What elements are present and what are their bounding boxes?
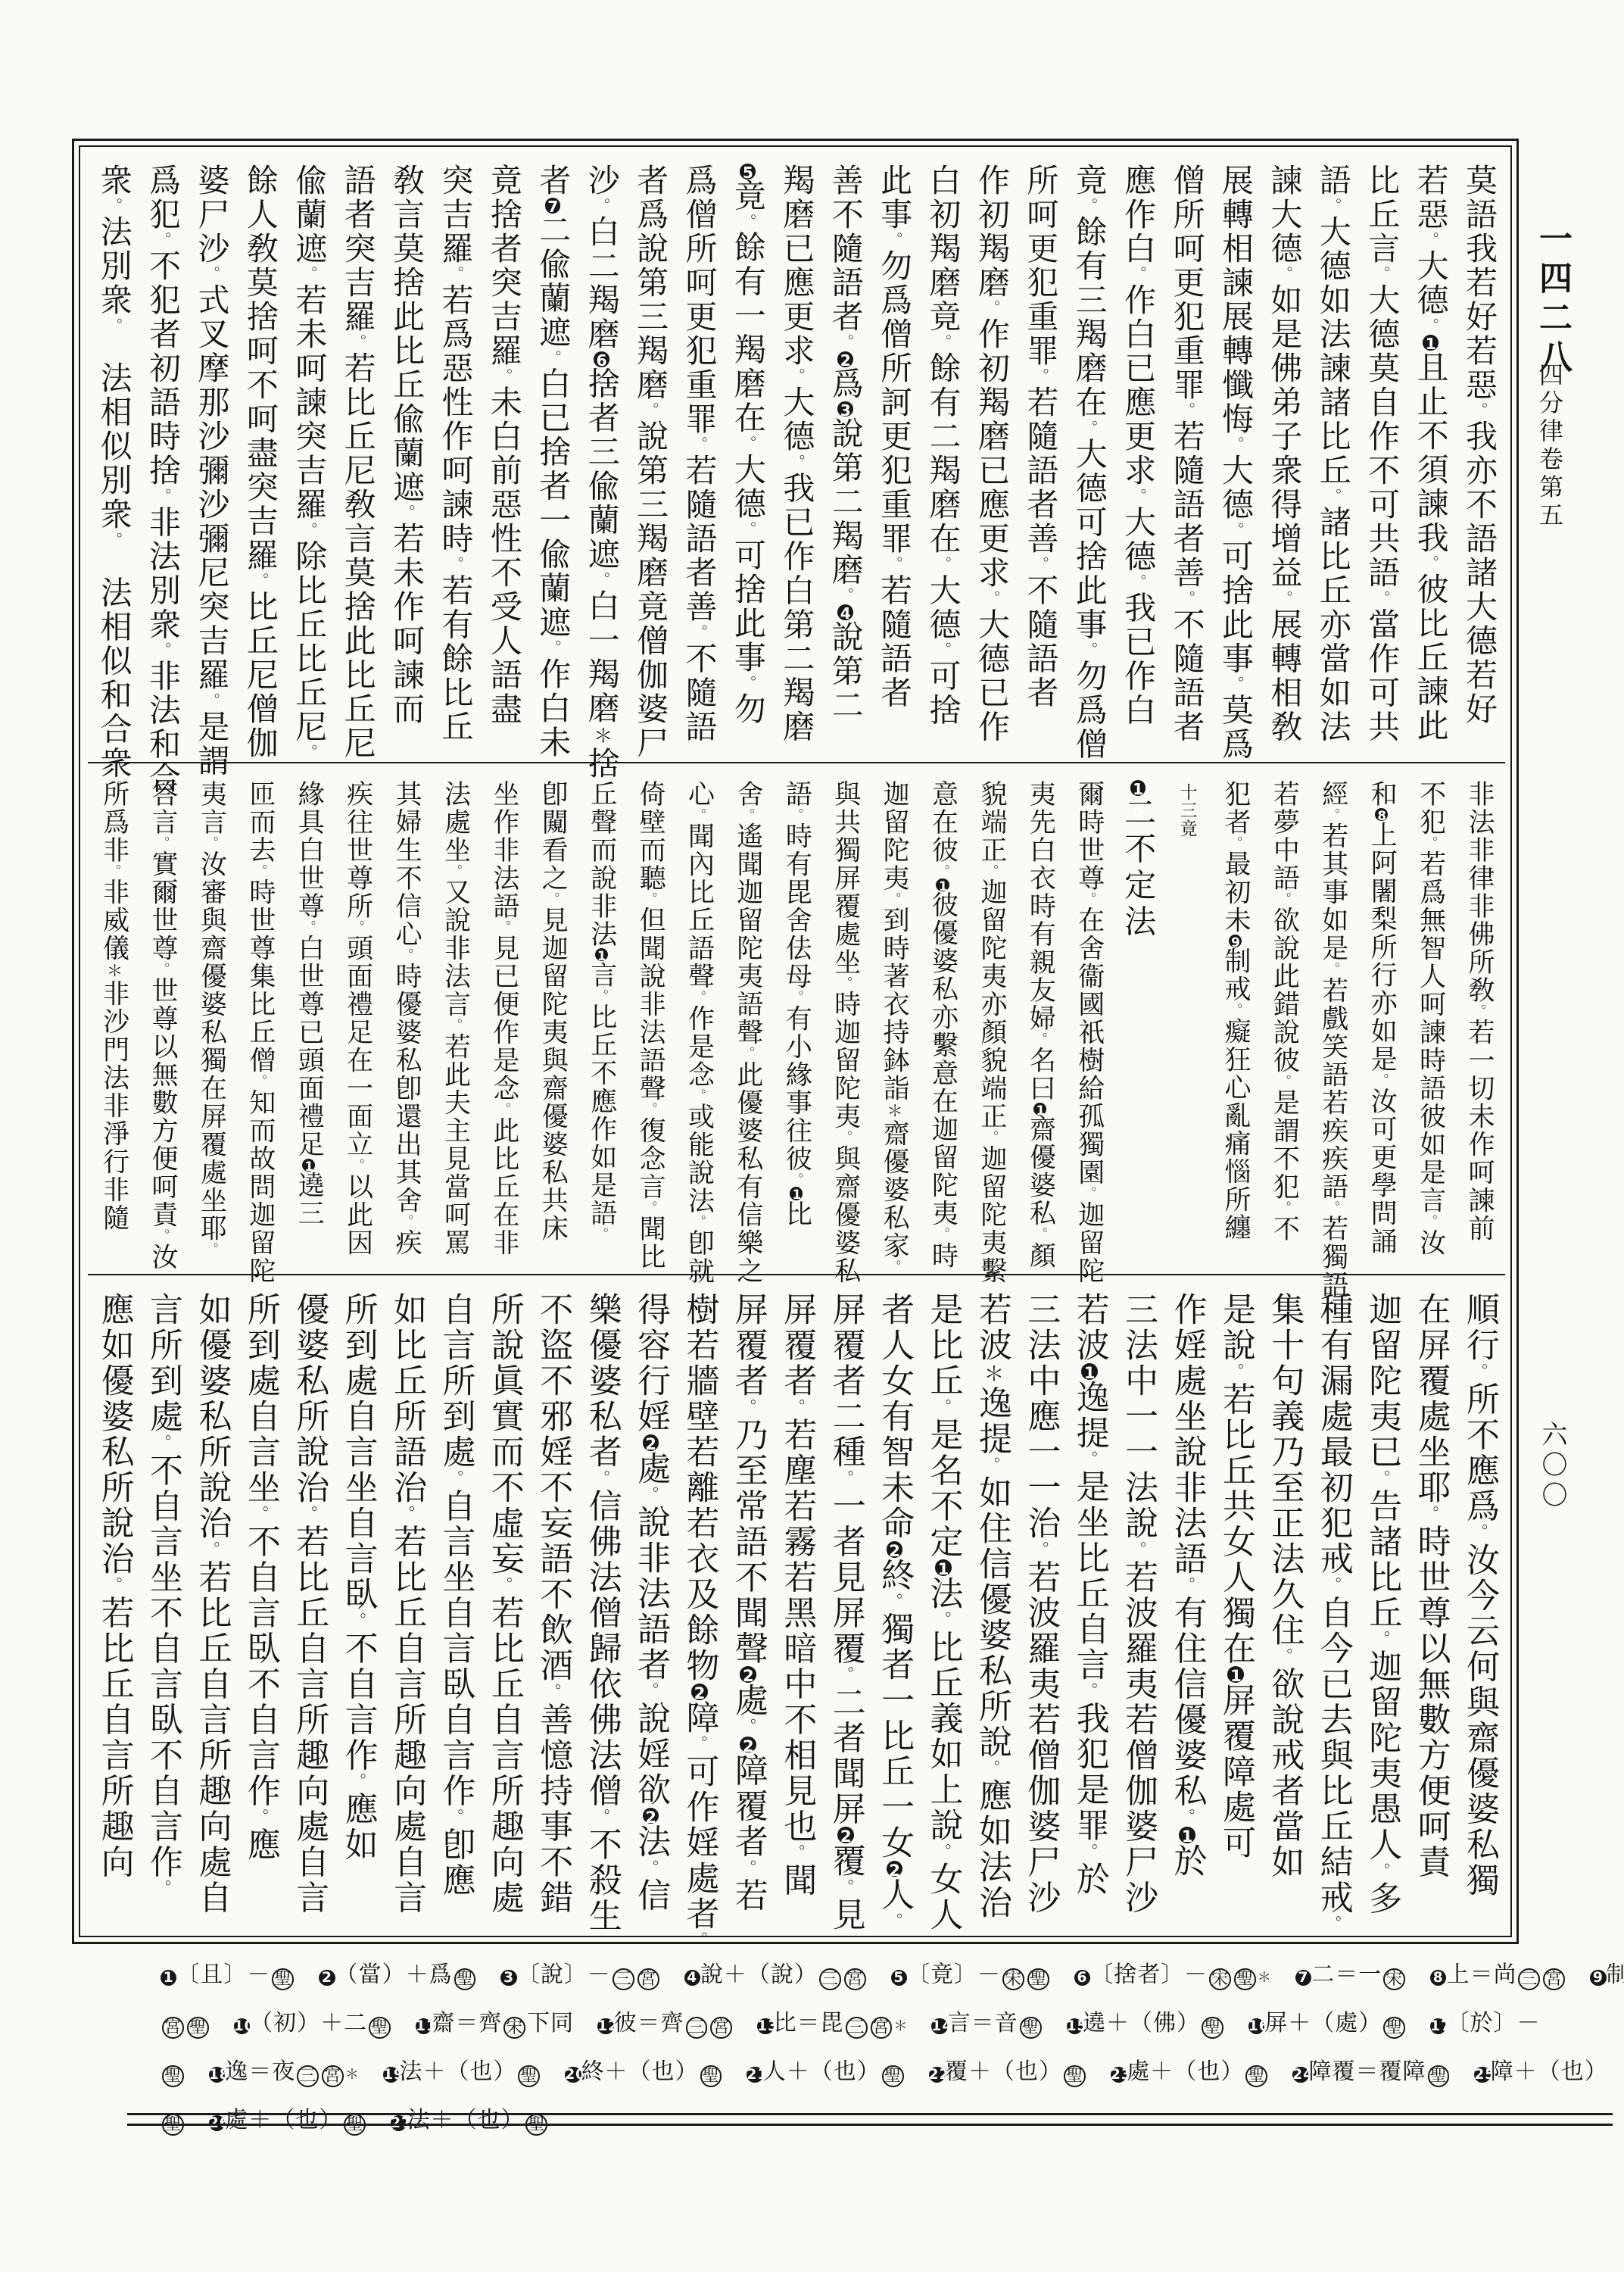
footnote-marker: 11: [416, 2018, 432, 2034]
text-frame-inner-border: 莫語我若好若惡。我亦不語諸大德若好若惡。大德。1且止不須諫我。彼比丘諫此比丘言。…: [79, 145, 1512, 1937]
text-column: 白初羯磨竟。餘有二羯磨在。大德。可捨: [918, 164, 967, 756]
footnote-marker: 5: [740, 164, 756, 179]
edition-sigil: 聖: [187, 2017, 209, 2039]
footnote-marker: 26: [643, 1434, 659, 1451]
footnote-marker: 27: [643, 1808, 659, 1824]
text-column: 沙。白二羯磨6捨者三偸蘭遮。白一羯磨＊捨: [577, 164, 625, 756]
edition-sigil: 三: [846, 2017, 868, 2039]
asterisk-marker: ＊: [345, 2067, 360, 2083]
footnote-marker: 6: [1074, 1970, 1090, 1986]
footnote-marker: 2: [319, 1970, 335, 1986]
footnote-marker: 12: [936, 879, 949, 891]
footnote-marker: 18: [1081, 1363, 1098, 1380]
text-column: 僧所呵更犯重罪。若隨語者善。不隨語者: [1162, 164, 1211, 756]
footnote-marker: 19: [935, 1559, 952, 1576]
text-column: 如比丘所語治。若比丘自言所趣向處自言: [382, 1292, 431, 1934]
asterisk-marker: ＊: [105, 963, 123, 980]
margin-text-number: 一四二八: [1528, 221, 1576, 379]
text-column: 犯者。最初未9制戒。癡狂心亂痛惱所纏: [1211, 780, 1260, 1265]
edition-sigil: 三: [613, 1968, 634, 1990]
edition-sigil: 聖: [882, 2065, 904, 2087]
text-frame-border: 莫語我若好若惡。我亦不語諸大德若好若惡。大德。1且止不須諫我。彼比丘諫此比丘言。…: [72, 139, 1519, 1944]
text-column: 順行。所不應爲。汝今云何與齋優婆私獨: [1455, 1292, 1504, 1934]
footnote-marker: 19: [383, 2067, 399, 2083]
text-column: 集十句義乃至正法久住。欲說戒者當如: [1260, 1292, 1308, 1934]
text-column: 若波＊逸提。如住信優婆私所說。應如法治: [968, 1292, 1016, 1934]
text-column: 餘人敎莫捨呵不呵盡突吉羅。比丘尼僧伽: [235, 164, 284, 756]
register-divider-rule: [88, 762, 1505, 763]
edition-sigil: 聖: [1064, 2065, 1086, 2087]
text-column: 卽闚看之。見迦留陀夷與齋優婆私共床: [528, 780, 577, 1265]
footnote-marker: 3: [837, 401, 853, 417]
asterisk-marker: ＊: [893, 2018, 908, 2034]
text-column: 羯磨已應更求。大德。我已作白第二羯磨: [772, 164, 821, 756]
text-column: 和8上阿闍梨所行亦如是。汝可更學問誦: [1357, 780, 1406, 1265]
margin-page-number: 六〇〇: [1534, 1421, 1571, 1512]
text-column: 與共獨屏覆處坐。時迦留陀夷。與齋優婆私: [821, 780, 869, 1265]
footnote-marker: 14: [931, 2018, 947, 2034]
footnote-line: 聖 26處＋（也）聖 27法＋（也）聖: [161, 2098, 1610, 2143]
footnote-marker: 4: [684, 1970, 700, 1986]
text-column: 者7二偸蘭遮。白已捨者一偸蘭遮。作白未: [528, 164, 577, 756]
text-column: 種有漏處最初犯戒。自今已去與比丘結戒。: [1308, 1292, 1357, 1934]
text-column: 諫大德。如是佛弟子衆得增益。展轉相敎: [1260, 164, 1308, 756]
edition-sigil: 聖: [1020, 2017, 1042, 2039]
edition-sigil: 三: [297, 2065, 319, 2087]
text-column: 夷言。汝審與齋優婆私獨在屏覆處坐耶。: [187, 780, 235, 1265]
text-column: 法處坐。又說非法言。若此夫主見當呵罵: [431, 780, 479, 1265]
footnote-marker: 5: [891, 1970, 907, 1986]
text-column: 其婦生不信心。時優婆私卽還出其舍。疾: [382, 780, 431, 1265]
asterisk-marker: ＊: [1258, 1970, 1272, 1986]
text-column: 心。聞內比丘語聲。作是念。或能說法。卽就: [675, 780, 723, 1265]
text-column: 屏覆者二種。一者見屏覆。二者聞屏22覆。見: [821, 1292, 869, 1934]
text-column: 在屏覆處坐耶。時世尊以無數方便呵責: [1406, 1292, 1454, 1934]
footnote-marker: 8: [1430, 1970, 1446, 1986]
text-column: 不盜不邪婬不妄語不飲酒。善憶持事不錯: [528, 1292, 577, 1934]
text-column: 迦留陀夷。到時著衣持鉢詣＊齋優婆私家。: [870, 780, 918, 1265]
text-column: 坐作非法語。見已便作是念。此比丘在非: [479, 780, 528, 1265]
text-column: 竟捨者突吉羅。未白前惡性不受人語盡: [479, 164, 528, 756]
asterisk-marker: ＊: [980, 1363, 1004, 1385]
footnote-marker: 4: [837, 604, 853, 620]
register-top: 莫語我若好若惡。我亦不語諸大德若好若惡。大德。1且止不須諫我。彼比丘諫此比丘言。…: [89, 164, 1504, 756]
footnote-marker: 12: [597, 2018, 613, 2034]
text-column: 語。大德如法諫諸比丘。諸比丘亦當如法: [1308, 164, 1357, 756]
text-column: 屏覆者。乃至常語不聞聲23處。24障覆者。若: [724, 1292, 772, 1934]
text-column: 倚壁而聽。但聞說非法語聲。復念言。聞比: [626, 780, 675, 1265]
text-column: 爾時世尊。在舍衞國祇樹給孤獨園。迦留陀: [1064, 780, 1113, 1265]
edition-sigil: 宋: [1383, 1968, 1405, 1990]
text-column: 夷先白衣時有親友婦。名曰11齋優婆私。顏: [1016, 780, 1064, 1265]
text-column: 善不隨語者。2爲3說第二羯磨。4說第二: [821, 164, 869, 756]
text-column: 作初羯磨。作初羯磨已應更求。大德已作: [968, 164, 1016, 756]
text-column: 語。時有毘舍佉母。有小緣事往彼。13比: [772, 780, 821, 1265]
footnote-marker: 24: [1292, 2067, 1308, 2083]
text-column: 比丘言。大德莫自作不可共語。當作可共: [1357, 164, 1406, 756]
footnote-marker: 22: [837, 1827, 854, 1843]
footnote-marker: 1: [1423, 335, 1439, 351]
footnote-line: 1〔且〕－聖 2（當）＋爲聖 3〔說〕－三宮 4說＋（說）三宮 5〔竟〕－宋聖 …: [161, 1952, 1610, 2001]
text-column: 貌端正。迦留陀夷亦顏貌端正。迦留陀夷繫: [968, 780, 1016, 1265]
text-column: 5竟。餘有一羯磨在。大德。可捨此事。勿: [724, 164, 772, 756]
text-column: 所到處自言坐。不自言臥不自言作。應: [235, 1292, 284, 1934]
footnote-marker: 10: [234, 2018, 250, 2034]
edition-sigil: 聖: [1383, 2017, 1405, 2039]
text-column: 所爲非。非威儀＊非沙門法非淨行非隨: [89, 780, 138, 1265]
footnote-marker: 20: [887, 1541, 903, 1558]
edition-sigil: 三: [686, 2017, 708, 2039]
footnote-marker: 24: [740, 1737, 756, 1753]
edition-sigil: 宮: [1543, 1968, 1565, 1990]
footnote-marker: 2: [837, 351, 853, 367]
margin-fascicle-label: 四分律卷第五: [1532, 362, 1567, 530]
asterisk-marker: ＊: [591, 726, 613, 747]
edition-sigil: 聖: [272, 1968, 294, 1990]
text-column: 若惡。大德。1且止不須諫我。彼比丘諫此: [1406, 164, 1454, 756]
footnote-marker: 7: [1295, 1970, 1311, 1986]
footnote-marker: 18: [209, 2067, 225, 2083]
asterisk-marker: ＊: [885, 1103, 903, 1120]
edition-sigil: 聖: [162, 2065, 184, 2087]
footnote-line: 宮聖 10（初）＋二聖 11齋＝齊宋下同 12彼＝齊三宮 13比＝毘三宮＊ 14…: [161, 2001, 1610, 2049]
footnote-marker: 22: [929, 2067, 945, 2083]
text-column: 優婆私所說治。若比丘自言所趣向處自言: [285, 1292, 333, 1934]
text-column: 是比丘。是名不定19法。比丘義如上說。女人: [918, 1292, 967, 1934]
page-bottom-rule: [127, 2113, 1613, 2115]
edition-sigil: 宮: [844, 1968, 866, 1990]
text-column: 者爲說第三羯磨。說第三羯磨竟僧伽婆尸: [626, 164, 675, 756]
footnote-marker: 21: [747, 2067, 762, 2083]
text-column: 舍。遙聞迦留陀夷語聲。此優婆私有信樂之: [724, 780, 772, 1265]
footnote-marker: 13: [790, 1187, 803, 1200]
text-column: 突吉羅。若爲惡性作呵諫時。若有餘比丘: [431, 164, 479, 756]
footnote-marker: 14: [595, 948, 608, 961]
footnote-marker: 11: [1033, 1103, 1046, 1116]
footnote-marker: 9: [1590, 1970, 1606, 1986]
footnote-marker: 7: [545, 198, 561, 214]
footnote-marker: 25: [1474, 2067, 1490, 2083]
page-bottom-rule: [127, 2124, 1613, 2126]
text-column: 應如優婆私所說治。若比丘自言所趣向: [89, 1292, 138, 1934]
footnote-marker: 16: [1248, 2018, 1264, 2034]
footnote-marker: 21: [887, 1861, 903, 1877]
text-column: 語者突吉羅。若比丘尼敎言莫捨此比丘尼: [333, 164, 382, 756]
text-column: 疾往世尊所。頭面禮足在一面立。以此因: [333, 780, 382, 1265]
edition-sigil: 聖: [700, 2065, 722, 2087]
text-column: 若夢中語。欲說此錯說彼。是謂不犯。不: [1260, 780, 1308, 1265]
text-column: 非法非律非佛所敎。若一切未作呵諫前: [1455, 780, 1504, 1265]
section-heading-column: 10二不定法: [1114, 780, 1162, 1265]
footnote-marker: 10: [1130, 780, 1146, 796]
footnote-marker: 1: [161, 1970, 176, 1986]
edition-sigil: 宮: [637, 1968, 659, 1990]
footnote-marker: 23: [1111, 2067, 1127, 2083]
text-column: 展轉相諫展轉懺悔。大德。可捨此事。莫爲: [1211, 164, 1260, 756]
edition-sigil: 聖: [518, 2065, 540, 2087]
text-column: 如優婆私所說治。若比丘自言所趣向處自: [187, 1292, 235, 1934]
footnote-marker: 3: [500, 1970, 516, 1986]
edition-sigil: 聖: [1027, 1968, 1049, 1990]
register-middle: 非法非律非佛所敎。若一切未作呵諫前不犯。若爲無智人呵諫時語彼如是言。汝和8上阿闍…: [89, 780, 1504, 1265]
footnote-marker: 25: [691, 1684, 708, 1700]
text-column: 是說。若比丘共女人獨在16屏覆障處可: [1211, 1292, 1260, 1934]
text-column: 答言。實爾世尊。世尊以無數方便呵責。汝: [139, 780, 187, 1265]
text-column: 衆。法別衆。 法相似別衆。 法相似和合衆。: [89, 164, 138, 756]
text-column: 竟。餘有三羯磨在。大德可捨此事。勿爲僧: [1064, 164, 1113, 756]
edition-sigil: 宋: [1002, 1968, 1024, 1990]
text-column: 自言所到處。自言坐自言臥自言作。卽應: [431, 1292, 479, 1934]
text-column: 屏覆者。若塵若霧若黑暗中不相見也。聞: [772, 1292, 821, 1934]
edition-sigil: 聖: [1245, 2065, 1267, 2087]
text-column: 者人女有智未命20終。獨者一比丘一女21人。: [870, 1292, 918, 1934]
text-column: 不犯。若爲無智人呵諫時語彼如是言。汝: [1406, 780, 1454, 1265]
text-column: 所到處自言坐自言臥。不自言作。應如: [333, 1292, 382, 1934]
text-column: 得容行婬26處。說非法語者。說婬欲27法。信: [626, 1292, 675, 1934]
edition-sigil: 宮: [871, 2017, 893, 2039]
edition-sigil: 三: [819, 1968, 841, 1990]
register-divider-rule: [88, 1274, 1505, 1275]
text-column: 所說眞實而不虛妄。若比丘自言所趣向處: [479, 1292, 528, 1934]
text-column: 莫語我若好若惡。我亦不語諸大德若好: [1455, 164, 1504, 756]
text-column: 應作白。作白已應更求。大德。我已作白: [1114, 164, 1162, 756]
register-bottom: 順行。所不應爲。汝今云何與齋優婆私獨在屏覆處坐耶。時世尊以無數方便呵責迦留陀夷已…: [89, 1292, 1504, 1934]
footnote-marker: 9: [1229, 935, 1242, 947]
text-column: 婆尸沙。式叉摩那沙彌沙彌尼突吉羅。是謂: [187, 164, 235, 756]
edition-sigil: 宮: [322, 2065, 344, 2087]
section-end-note-column: 十三竟: [1162, 780, 1211, 1265]
edition-sigil: 宮: [162, 2017, 184, 2039]
text-column: 爲犯。不犯者初語時捨。非法別衆。非法和合: [139, 164, 187, 756]
footnote-marker: 23: [740, 1666, 756, 1683]
footnote-line: 聖 18逸＝夜三宮＊ 19法＋（也）聖 20終＋（也）聖 21人＋（也）聖 22…: [161, 2049, 1610, 2098]
text-column: 作婬處坐說非法語。有住信優婆私。17於: [1162, 1292, 1211, 1934]
footnote-marker: 16: [1227, 1666, 1244, 1683]
footnote-marker: 6: [594, 351, 609, 367]
text-column: 爲僧所呵更犯重罪。若隨語者善。不隨語: [675, 164, 723, 756]
scanned-canon-page: 莫語我若好若惡。我亦不語諸大德若好若惡。大德。1且止不須諫我。彼比丘諫此比丘言。…: [0, 0, 1624, 2272]
footnote-marker: 15: [1067, 2018, 1083, 2034]
text-column: 所呵更犯重罪。若隨語者善。不隨語者: [1016, 164, 1064, 756]
text-column: 敎言莫捨此比丘偸蘭遮。若未作呵諫而: [382, 164, 431, 756]
footnote-marker: 15: [302, 1159, 315, 1172]
text-column: 偸蘭遮。若未呵諫突吉羅。除比丘比丘尼。: [285, 164, 333, 756]
text-column: 言所到處。不自言坐不自言臥不自言作。: [139, 1292, 187, 1934]
text-column: 三法中應一一治。若波羅夷若僧伽婆尸沙: [1016, 1292, 1064, 1934]
edition-sigil: 聖: [1428, 2065, 1450, 2087]
text-column: 經。若其事如是。若戲笑語若疾疾語。若獨語: [1308, 780, 1357, 1265]
text-column: 樹若牆壁若離若衣及餘物25障。可作婬處者。: [675, 1292, 723, 1934]
text-column: 若波18逸提。是坐比丘自言。我犯是罪。於: [1064, 1292, 1113, 1934]
text-column: 意在彼。12彼優婆私亦繫意在迦留陀夷。時: [918, 780, 967, 1265]
edition-sigil: 聖: [1202, 2017, 1223, 2039]
text-column: 緣具白世尊。白世尊已頭面禮足15遶三: [285, 780, 333, 1265]
edition-sigil: 宋: [1209, 1968, 1231, 1990]
text-column: 迦留陀夷已。告諸比丘。迦留陀夷愚人。多: [1357, 1292, 1406, 1934]
edition-sigil: 宋: [503, 2017, 525, 2039]
edition-sigil: 聖: [369, 2017, 391, 2039]
edition-sigil: 三: [1518, 1968, 1540, 1990]
text-column: 三法中一一法說。若波羅夷若僧伽婆尸沙: [1114, 1292, 1162, 1934]
footnote-marker: 17: [1430, 2018, 1446, 2034]
text-column: 匝而去。時世尊集比丘僧。知而故問迦留陀: [235, 780, 284, 1265]
footnote-marker: 17: [1179, 1827, 1195, 1843]
footnote-marker: 13: [757, 2018, 773, 2034]
text-column: 丘聲而說非法14言。比丘不應作如是語。: [577, 780, 625, 1265]
edition-sigil: 聖: [1234, 1968, 1256, 1990]
edition-sigil: 聖: [454, 1968, 476, 1990]
edition-sigil: 宮: [710, 2017, 732, 2039]
footnote-marker: 20: [565, 2067, 581, 2083]
text-column: 此事。勿爲僧所訶更犯重罪。若隨語者: [870, 164, 918, 756]
text-column: 樂優婆私者。信佛法僧歸依佛法僧。不殺生: [577, 1292, 625, 1934]
footnote-marker: 8: [1375, 808, 1388, 821]
